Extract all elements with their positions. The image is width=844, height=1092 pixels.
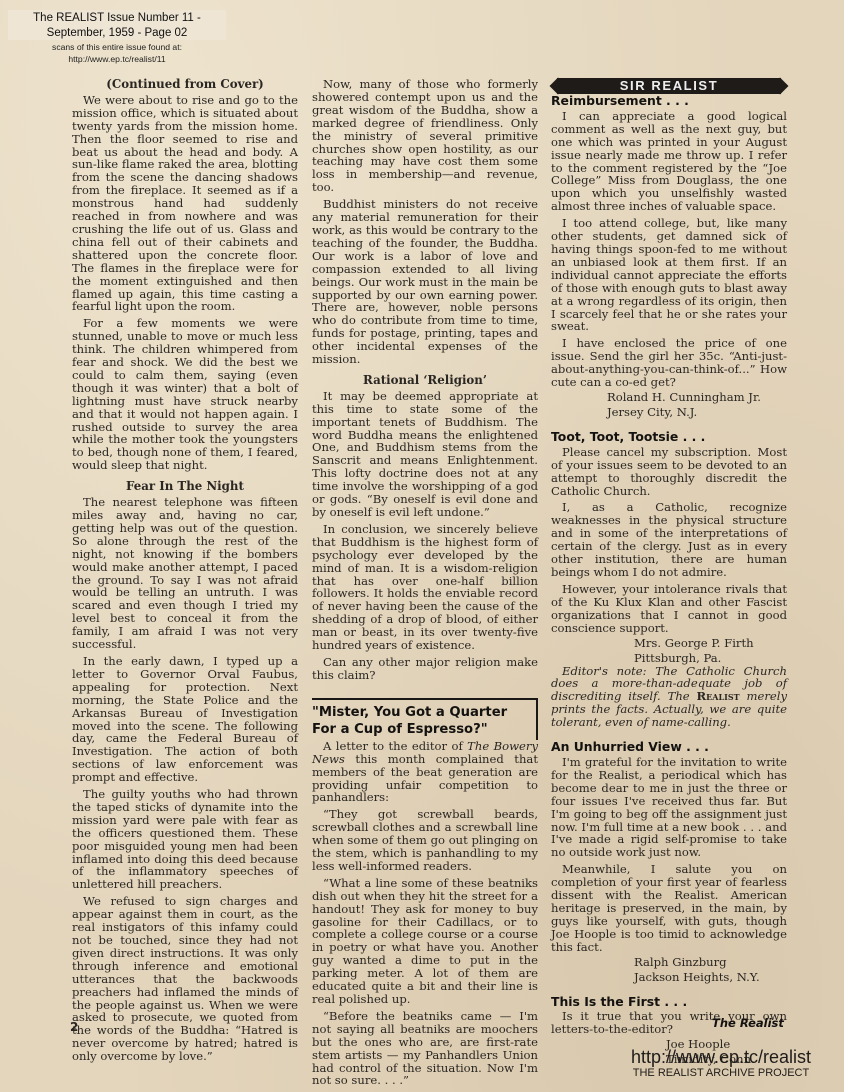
paragraph: The nearest telephone was fifteen miles … [72,496,298,651]
paragraph: Please cancel my subscription. Most of y… [551,446,787,498]
paragraph: I, as a Catholic, recognize weaknesses i… [551,501,787,578]
archive-banner: The REALIST Issue Number 11 - September,… [8,10,226,40]
paragraph: I can appreciate a good logical comment … [551,110,787,213]
letter-unhurried-view: An Unhurried View . . . I'm grateful for… [551,741,787,984]
paragraph: I'm grateful for the invitation to write… [551,756,787,859]
quote-paragraph: “They got screwball beards, screwball cl… [312,808,538,873]
continued-heading: (Continued from Cover) [72,78,298,91]
paragraph: For a few moments we were stunned, unabl… [72,317,298,472]
quote-paragraph: “What a line some of these beatniks dish… [312,877,538,1006]
editors-note: Editor's note: The Catholic Church does … [551,665,787,730]
sir-realist-section-banner: SIR REALIST [557,78,781,94]
archive-project-name: THE REALIST ARCHIVE PROJECT [626,1067,816,1080]
subheading-rational-religion: Rational ‘Religion’ [312,374,538,387]
letter-heading: This Is the First . . . [551,996,787,1009]
paragraph: I too attend college, but, like many oth… [551,217,787,333]
issue-title: The REALIST Issue Number 11 - September,… [8,10,226,41]
letter-heading: Toot, Toot, Tootsie . . . [551,431,787,444]
realist-masthead-logo: The Realist [712,1016,784,1030]
paragraph: Now, many of those who formerly showered… [312,78,538,194]
signature-name: Mrs. George P. Firth [551,637,787,650]
subheading-fear-in-the-night: Fear In The Night [72,480,298,493]
letter-reimbursement: Reimbursement . . . I can appreciate a g… [551,95,787,419]
paragraph: The guilty youths who had thrown the tap… [72,788,298,891]
column-3-letters: SIR REALIST Reimbursement . . . I can ap… [551,78,787,1066]
letter-toot-toot-tootsie: Toot, Toot, Tootsie . . . Please cancel … [551,431,787,729]
signature-location: Jackson Heights, N.Y. [551,971,787,984]
paragraph: Meanwhile, I salute you on completion of… [551,863,787,953]
letter-heading: Reimbursement . . . [551,95,787,108]
signature-name: Roland H. Cunningham Jr. [551,391,787,404]
paragraph: I have enclosed the price of one issue. … [551,337,787,389]
paragraph: We were about to rise and go to the miss… [72,94,298,313]
paragraph: However, your intolerance rivals that of… [551,583,787,635]
paragraph: Can any other major religion make this c… [312,656,538,682]
signature-name: Ralph Ginzburg [551,956,787,969]
espresso-intro: A letter to the editor of The Bowery New… [312,740,538,805]
archive-url-link[interactable]: http://www.ep.tc/realist [626,1047,816,1067]
paragraph: In conclusion, we sincerely believe that… [312,523,538,652]
paragraph: Buddhist ministers do not receive any ma… [312,198,538,366]
paragraph: We refused to sign charges and appear ag… [72,895,298,1063]
espresso-article-headline: "Mister, You Got a Quarter For a Cup of … [312,698,538,740]
paragraph: It may be deemed appropriate at this tim… [312,390,538,519]
paragraph: In the early dawn, I typed up a letter t… [72,655,298,784]
quote-paragraph: “Before the beatniks came — I'm not sayi… [312,1010,538,1087]
column-1: (Continued from Cover) We were about to … [72,78,298,1063]
letter-heading: An Unhurried View . . . [551,741,787,754]
signature-location: Jersey City, N.J. [551,406,787,419]
column-2: Now, many of those who formerly showered… [312,78,538,1087]
page-number: 2 [70,1020,78,1034]
archive-link[interactable]: scans of this entire issue found at: htt… [8,41,226,65]
archive-footer: http://www.ep.tc/realist THE REALIST ARC… [626,1047,816,1080]
